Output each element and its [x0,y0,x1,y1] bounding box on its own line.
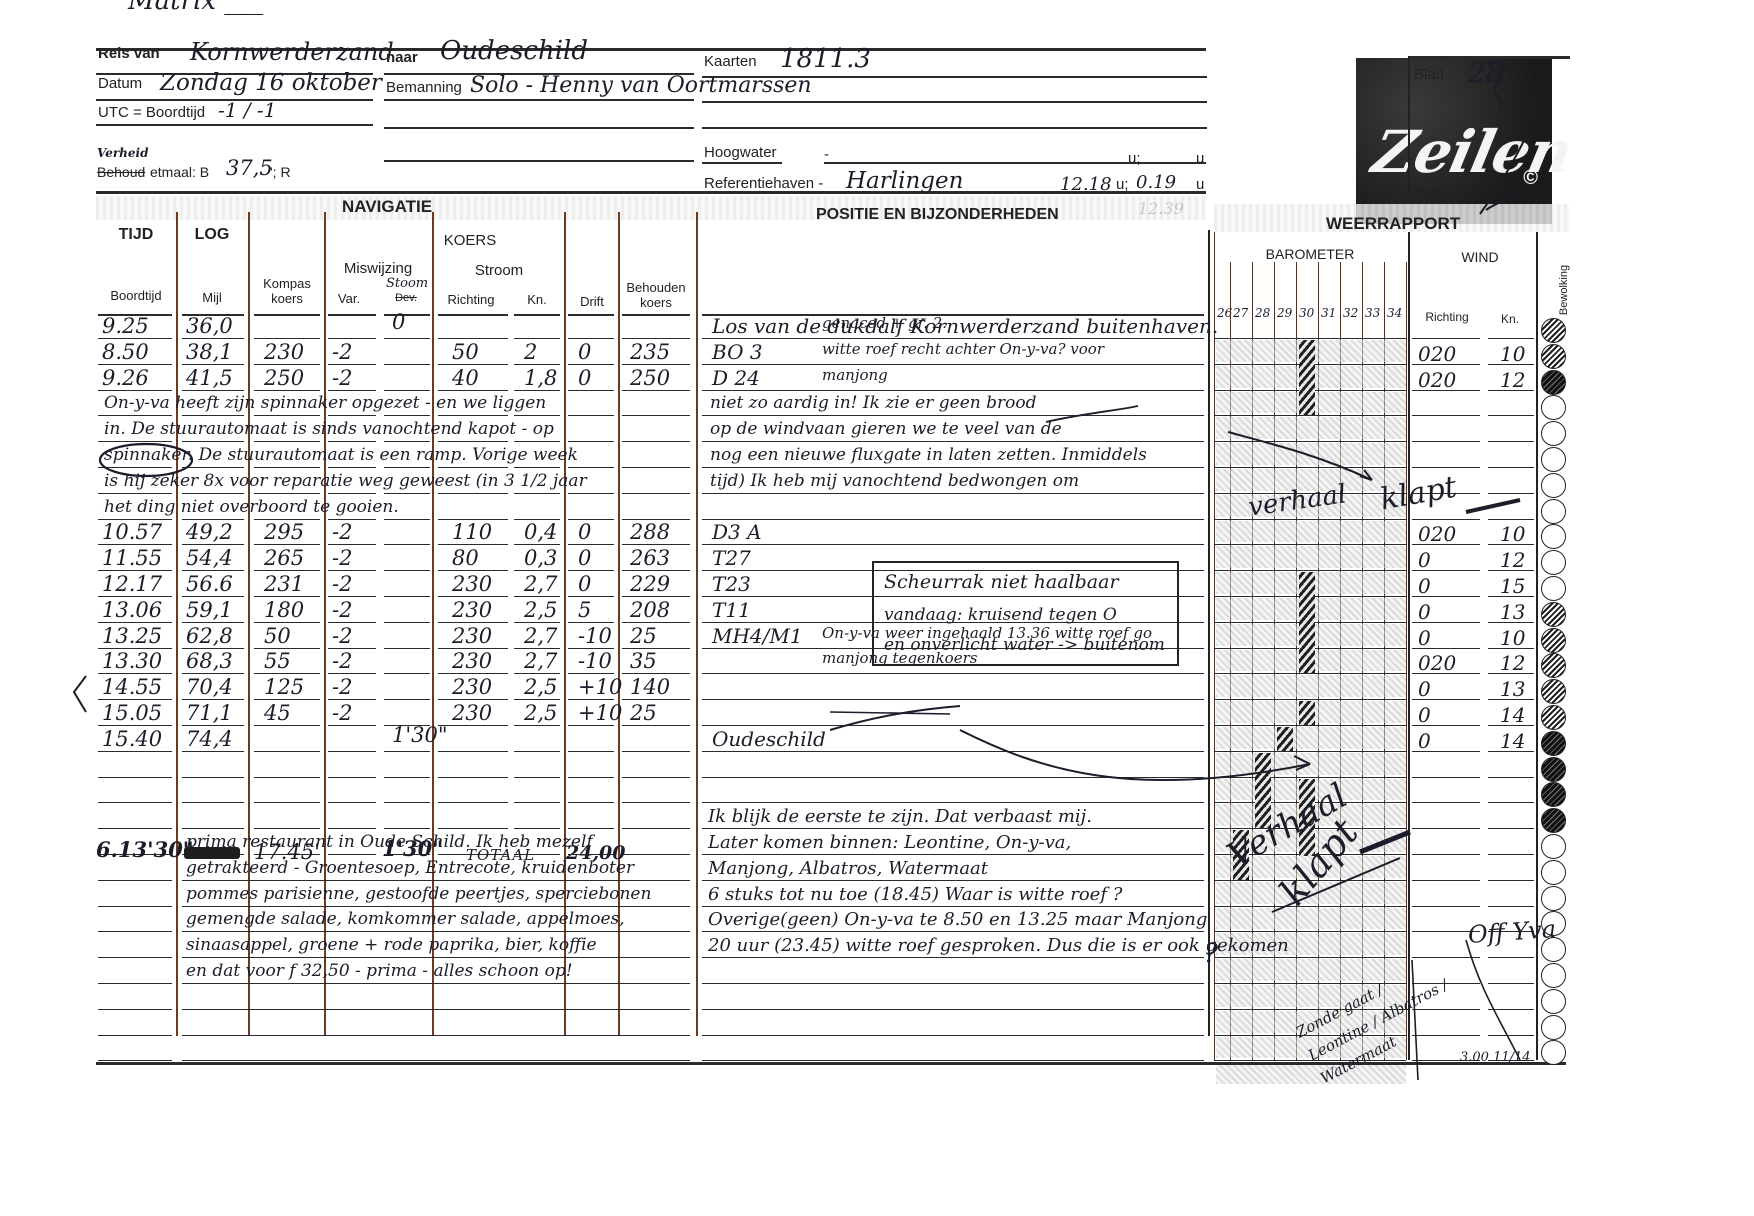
cloud-cover-circle[interactable] [1541,731,1566,756]
cell-var[interactable]: -2 [332,598,352,622]
referentiehaven-value[interactable]: Harlingen [846,168,963,194]
rule-line [1412,802,1480,803]
rule-line [702,364,1204,365]
rule-line [1488,957,1534,958]
barometer-reading [1299,340,1315,415]
rule-line [384,777,430,778]
rule-line [1412,467,1480,468]
copyright-icon: © [1523,167,1538,190]
cell-wind-richting[interactable]: 020 [1418,342,1456,366]
cloud-cover-circle[interactable] [1541,834,1566,859]
rule-line [98,467,172,468]
cell-kompas[interactable]: 45 [264,701,291,725]
ref-time-1[interactable]: 12.18 [1060,174,1112,195]
rule-line [568,390,614,391]
blad-value[interactable]: 28 [1468,56,1504,89]
cell-stroom-kn[interactable]: 2,5 [524,598,557,622]
narrative-line: niet zo aardig in! Ik zie er geen brood [710,393,1037,413]
hoogwater-value[interactable]: - [824,146,829,163]
rule-line [182,441,244,442]
top-scribble: Matrix ___ [128,0,263,16]
cloud-cover-circle[interactable] [1541,576,1566,601]
rule-line [182,751,244,752]
cloud-cover-circle[interactable] [1541,782,1566,807]
rule-line [702,1009,1204,1010]
rule-line [1488,467,1534,468]
rule-line [568,802,614,803]
rule-line [1412,828,1480,829]
rule-line [384,467,430,468]
cell-wind-richting[interactable]: 0 [1418,703,1431,727]
cell-log[interactable]: 38,1 [186,340,233,364]
rule-line [438,467,508,468]
cell-drift[interactable]: 0 [578,366,591,390]
cell-wind-richting[interactable]: 0 [1418,600,1431,624]
cell-dev[interactable]: 0 [392,310,405,334]
cell-stroom-kn[interactable]: 2,7 [524,649,557,673]
rule-line [702,390,1204,391]
cell-tijd[interactable]: 13.25 [102,624,162,648]
column-divider [176,212,178,1036]
cell-behouden[interactable]: 25 [630,701,657,725]
cell-log[interactable]: 36,0 [186,314,233,338]
cell-wind-richting[interactable]: 0 [1418,677,1431,701]
cell-var[interactable]: -2 [332,546,352,570]
cloud-cover-circle[interactable] [1541,808,1566,833]
cell-positie[interactable]: T27 [712,546,751,570]
arrival-note-line: Later komen binnen: Leontine, On-y-va, [708,832,1071,853]
cell-log[interactable]: 70,4 [186,675,233,699]
rule-line [1214,519,1406,520]
cell-stroom-richting[interactable]: 40 [452,366,479,390]
cell-wind-richting[interactable]: 0 [1418,729,1431,753]
rule-line [702,519,1204,520]
barometer-cell [1216,753,1406,775]
cell-wind-richting[interactable]: 020 [1418,368,1456,392]
cloud-cover-circle[interactable] [1541,602,1566,627]
cell-log[interactable]: 49,2 [186,520,233,544]
rule-line [622,777,690,778]
cell-tijd[interactable]: 15.05 [102,701,162,725]
cloud-cover-circle[interactable] [1541,757,1566,782]
rule-line [1412,338,1480,339]
rule-line [702,673,1204,674]
cell-wind-kn[interactable]: 10 [1500,626,1525,650]
cloud-cover-circle[interactable] [1541,628,1566,653]
rule-line [1488,906,1534,907]
rule-line [702,777,1204,778]
rule-line [702,854,1204,855]
rule-line [622,725,690,726]
rule-line [702,906,1204,907]
rule-line [328,802,376,803]
rule-line [1214,673,1406,674]
col-tijd: TIJD [100,226,172,244]
arrival-note-line: Overige(geen) On-y-va te 8.50 en 13.25 m… [708,909,1207,930]
cell-wind-kn[interactable]: 12 [1500,651,1525,675]
cell-kompas[interactable]: 180 [264,598,304,622]
cloud-cover-circle[interactable] [1541,550,1566,575]
cell-positie[interactable]: T23 [712,572,751,596]
cell-stroom-kn[interactable]: 2,7 [524,572,557,596]
cell-log[interactable]: 56.6 [186,572,233,596]
arrival-note-line: Manjong, Albatros, Watermaat [708,858,988,879]
rule-line [622,751,690,752]
rule-line [384,802,430,803]
col-drift: Drift [566,294,618,309]
cell-var[interactable]: -2 [332,701,352,725]
rule-line [384,338,430,339]
rule-line [254,415,320,416]
cell-stroom-richting[interactable]: 230 [452,598,492,622]
rule-line [182,880,690,881]
rule-line [98,880,172,881]
cloud-cover-circle[interactable] [1541,1015,1566,1040]
naar-label: naar [386,49,418,66]
cloud-cover-circle[interactable] [1541,860,1566,885]
rule-line [98,828,172,829]
rule-line [568,751,614,752]
rule-line [254,493,320,494]
rule-line [98,931,172,932]
cell-tijd[interactable]: 9.25 [102,314,149,338]
bemanning-value[interactable]: Solo - Henny van Oortmarssen [470,73,812,98]
total-tijd: 6.13'30" [96,837,194,862]
rule-line [182,493,244,494]
cloud-cover-circle[interactable] [1541,421,1566,446]
cell-wind-richting[interactable]: 020 [1418,522,1456,546]
cell-positie[interactable]: Oudeschild [712,727,826,751]
rule-line [254,441,320,442]
cell-dev[interactable]: 1'30" [392,723,448,747]
rule-line [1214,751,1406,752]
cell-positie[interactable]: BO 3 [712,340,763,364]
cell-wind-kn[interactable]: 14 [1500,703,1525,727]
naar-value[interactable]: Oudeschild [440,36,588,66]
cell-drift[interactable]: 0 [578,572,591,596]
cell-stroom-richting[interactable]: 230 [452,624,492,648]
rule-line [328,751,376,752]
rule-line [514,467,560,468]
cell-stroom-richting[interactable]: 230 [452,701,492,725]
rule-line [1214,699,1406,700]
cell-tijd[interactable]: 12.17 [102,572,162,596]
cell-kompas[interactable]: 265 [264,546,304,570]
rule-line [568,777,614,778]
cell-log[interactable]: 54,4 [186,546,233,570]
rule-line [702,1035,1204,1036]
rule-line [1214,544,1406,545]
col-kompas-koers: Kompas koers [252,276,322,306]
datum-value[interactable]: Zondag 16 oktober [160,70,382,96]
cell-var[interactable]: -2 [332,624,352,648]
cell-behouden[interactable]: 263 [630,546,670,570]
rule-line [254,828,320,829]
cell-positie[interactable]: T11 [712,598,751,622]
cell-stroom-richting[interactable]: 50 [452,340,479,364]
rule-line [182,931,690,932]
narrative-line: tijd) Ik heb mij vanochtend bedwongen om [710,471,1079,491]
cell-wind-richting[interactable]: 0 [1418,548,1431,572]
cell-kompas[interactable]: 55 [264,649,291,673]
rule-line [1412,906,1480,907]
cell-var[interactable]: -2 [332,675,352,699]
rule-line [568,415,614,416]
cell-wind-richting[interactable]: 0 [1418,626,1431,650]
cell-positie[interactable]: MH4/M1 [712,624,803,648]
rule-line [1412,880,1480,881]
cloud-cover-circle[interactable] [1541,886,1566,911]
rule-line [98,802,172,803]
cell-positie[interactable]: D3 A [712,520,762,544]
rule-line [254,802,320,803]
cloud-cover-circle[interactable] [1541,395,1566,420]
barometer-scale-label: 30 [1299,306,1314,320]
cell-wind-kn[interactable]: 14 [1500,729,1525,753]
col-mijl: Mijl [180,290,244,305]
rule-line [622,854,690,855]
cell-drift[interactable]: +10 [578,675,622,699]
rule-line [182,957,690,958]
col-richting: Richting [436,292,506,307]
rule-line [182,1035,690,1036]
barometer-cell [1216,443,1406,465]
cell-log[interactable]: 59,1 [186,598,233,622]
cell-positie-note[interactable]: manjong [822,366,888,384]
cell-stroom-kn[interactable]: 2 [524,340,537,364]
cell-behouden[interactable]: 140 [630,675,670,699]
rule-line [254,751,320,752]
reis-van-value[interactable]: Kornwerderzand [190,38,394,66]
rule-line [1488,983,1534,984]
rule-line [254,777,320,778]
rule-line [568,725,614,726]
rule-line [1214,441,1406,442]
rule-line [514,441,560,442]
cell-wind-kn[interactable]: 15 [1500,574,1525,598]
rule-line [328,828,376,829]
ref-u1: u; [1116,176,1129,193]
cell-stroom-kn[interactable]: 2,5 [524,675,557,699]
cloud-cover-circle[interactable] [1541,499,1566,524]
cell-wind-kn[interactable]: 13 [1500,677,1525,701]
cell-wind-kn[interactable]: 13 [1500,600,1525,624]
barometer-scale-label: 34 [1387,306,1402,320]
cell-stroom-richting[interactable]: 230 [452,649,492,673]
cell-kompas[interactable]: 50 [264,624,291,648]
rule-line [182,390,244,391]
cell-behouden[interactable]: 250 [630,366,670,390]
rule-line [384,622,430,623]
etmaal-r-label: '; R [270,164,291,180]
rule-line [702,544,1204,545]
cell-var[interactable]: -2 [332,649,352,673]
rule-line [1488,828,1534,829]
ref-u2: u [1196,176,1204,193]
ref-time-2[interactable]: 0.19 [1136,172,1176,193]
cell-stroom-richting[interactable]: 230 [452,675,492,699]
cell-wind-kn[interactable]: 10 [1500,342,1525,366]
referentiehaven-label: Referentiehaven - [704,175,823,192]
cell-drift[interactable]: 0 [578,520,591,544]
col-boordtijd: Boordtijd [98,288,174,303]
rule-line [622,493,690,494]
rule-line [514,493,560,494]
cell-tijd[interactable]: 14.55 [102,675,162,699]
cell-var[interactable]: -2 [332,520,352,544]
cell-stroom-kn[interactable]: 1,8 [524,366,557,390]
cell-wind-kn[interactable]: 12 [1500,548,1525,572]
cell-var[interactable]: -2 [332,572,352,596]
rule-line [702,751,1204,752]
cell-tijd[interactable]: 13.06 [102,598,162,622]
cell-kompas[interactable]: 230 [264,340,304,364]
section-navigatie: NAVIGATIE [342,197,432,217]
rule-line [1214,725,1406,726]
cell-stroom-richting[interactable]: 80 [452,546,479,570]
cell-wind-kn[interactable]: 10 [1500,522,1525,546]
barometer-scale-label: 31 [1321,306,1336,320]
rule-line [98,493,172,494]
cell-behouden[interactable]: 288 [630,520,670,544]
rule-line [1488,1009,1534,1010]
rule-line [438,441,508,442]
cell-behouden[interactable]: 35 [630,649,657,673]
cell-drift[interactable]: -10 [578,624,612,648]
cell-positie[interactable]: Los van de dukdalf Kornwerderzand buiten… [712,314,1218,338]
cell-kompas[interactable]: 250 [264,366,304,390]
rule-line [438,725,508,726]
rule-line [702,467,1204,468]
cell-kompas[interactable]: 295 [264,520,304,544]
cell-tijd[interactable]: 8.50 [102,340,149,364]
rule-line [622,828,690,829]
cell-stroom-richting[interactable]: 230 [452,572,492,596]
weather-scribble-signature: 3.00 11/14 [1460,1050,1531,1065]
cloud-cover-circle[interactable] [1541,344,1566,369]
cell-behouden[interactable]: 25 [630,624,657,648]
cell-tijd[interactable]: 13.30 [102,649,162,673]
cell-tijd[interactable]: 10.57 [102,520,162,544]
cell-kompas[interactable]: 125 [264,675,304,699]
cell-log[interactable]: 71,1 [186,701,233,725]
rule-line [328,854,376,855]
cell-drift[interactable]: -10 [578,649,612,673]
cell-stroom-richting[interactable]: 110 [452,520,492,544]
dinner-note-line: gemengde salade, komkommer salade, appel… [186,909,625,929]
rule-line [182,777,244,778]
col-wind-richting: Richting [1412,310,1482,324]
boxed-note-line: Scheurrak niet haalbaar [884,571,1119,593]
cell-drift[interactable]: 5 [578,598,591,622]
utc-value[interactable]: -1 / -1 [218,98,276,122]
rule-line [384,828,430,829]
cell-drift[interactable]: 0 [578,340,591,364]
cell-drift[interactable]: +10 [578,701,622,725]
barometer-cell [1216,521,1406,543]
cell-tijd[interactable]: 11.55 [102,546,162,570]
cell-stroom-kn[interactable]: 2,7 [524,624,557,648]
cloud-cover-circle[interactable] [1541,679,1566,704]
barometer-cell [1216,908,1406,930]
rule-line [328,441,376,442]
arrival-note-line: 6 stuks tot nu toe (18.45) Waar is witte… [708,884,1122,905]
cell-log[interactable]: 41,5 [186,366,233,390]
cloud-cover-circle[interactable] [1541,653,1566,678]
cloud-cover-circle[interactable] [1541,989,1566,1014]
cloud-cover-circle[interactable] [1541,447,1566,472]
rule-line [254,390,320,391]
cell-log[interactable]: 68,3 [186,649,233,673]
rule-line [384,441,430,442]
cloud-cover-circle[interactable] [1541,524,1566,549]
rule-line [514,828,560,829]
cell-behouden[interactable]: 229 [630,572,670,596]
rule-line [384,751,430,752]
cloud-cover-circle[interactable] [1541,705,1566,730]
rule-line [384,699,430,700]
etmaal-b-value[interactable]: 37,5 [226,156,273,180]
cell-var[interactable]: -2 [332,366,352,390]
cell-tijd[interactable]: 15.40 [102,727,162,751]
cell-wind-kn[interactable]: 12 [1500,368,1525,392]
cloud-cover-circle[interactable] [1541,963,1566,988]
col-stroom: Stroom [434,262,564,279]
dinner-note-line: getrakteerd - Groentesoep, Entrecote, kr… [186,858,634,878]
rule-line [438,802,508,803]
cell-behouden[interactable]: 208 [630,598,670,622]
cell-stroom-kn[interactable]: 0,3 [524,546,557,570]
cloud-cover-circle[interactable] [1541,318,1566,343]
cell-positie-note[interactable]: genaced + gr. 2. [822,314,947,332]
rule-line [438,777,508,778]
rule-line [438,493,508,494]
rule-line [702,957,1204,958]
rule-line [328,493,376,494]
cell-positie[interactable]: D 24 [712,366,760,390]
rule-line [98,1035,172,1036]
cell-wind-richting[interactable]: 020 [1418,651,1456,675]
barometer-cell [1216,417,1406,439]
cell-wind-richting[interactable]: 0 [1418,574,1431,598]
cell-kompas[interactable]: 231 [264,572,304,596]
cell-positie-note[interactable]: witte roef recht achter On-y-va? voor [822,340,1104,358]
rule-line [514,751,560,752]
rule-line [182,415,244,416]
cell-var[interactable]: -2 [332,340,352,364]
barometer-reading [1299,701,1315,725]
rule-line [1412,519,1480,520]
cloud-cover-circle[interactable] [1541,473,1566,498]
kaarten-value[interactable]: 1811.3 [780,44,871,74]
barometer-scale-label: 32 [1343,306,1358,320]
cell-log[interactable]: 74,4 [186,727,233,751]
cell-tijd[interactable]: 9.26 [102,366,149,390]
cell-stroom-kn[interactable]: 0,4 [524,520,557,544]
rule-line [1488,519,1534,520]
rule-line [384,673,430,674]
bemanning-label: Bemanning [386,79,462,96]
rule-line [384,544,430,545]
cell-log[interactable]: 62,8 [186,624,233,648]
cloud-cover-circle[interactable] [1541,370,1566,395]
cell-stroom-kn[interactable]: 2,5 [524,701,557,725]
rule-line [98,441,172,442]
barometer-reading [1299,572,1315,673]
rule-line [1488,1035,1534,1036]
cell-behouden[interactable]: 235 [630,340,670,364]
cell-drift[interactable]: 0 [578,546,591,570]
